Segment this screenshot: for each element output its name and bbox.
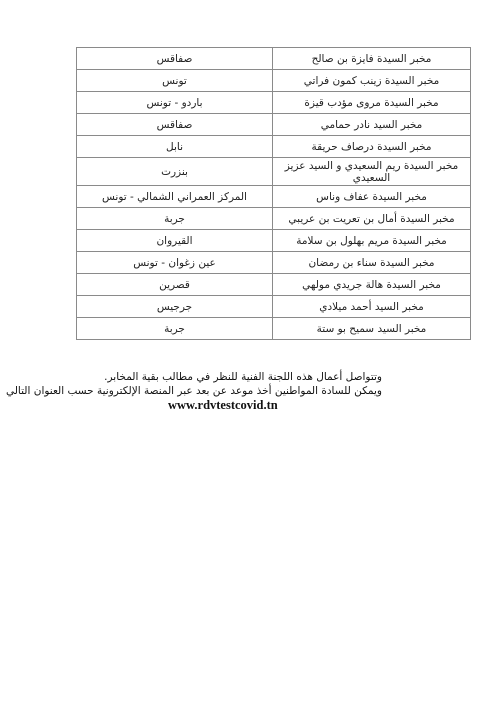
city-cell: صفاقس <box>77 114 273 136</box>
lab-name-cell: مخبر السيدة هالة جريدي مولهي <box>273 274 471 296</box>
lab-name-cell: مخبر السيد سميح بو ستة <box>273 318 471 340</box>
document-page: مخبر السيدة فايزة بن صالح صفاقس مخبر الس… <box>0 0 500 707</box>
lab-name-cell: مخبر السيد نادر حمامي <box>273 114 471 136</box>
table-row: مخبر السيدة أمال بن تعريت بن عريبي جربة <box>77 208 471 230</box>
lab-name-cell: مخبر السيدة مروى مؤدب قيزة <box>273 92 471 114</box>
lab-name-cell: مخبر السيدة درصاف حريقة <box>273 136 471 158</box>
lab-name-cell: مخبر السيدة زينب كمون فراتي <box>273 70 471 92</box>
lab-name-cell: مخبر السيدة ريم السعيدي و السيد عزيز الس… <box>273 158 471 186</box>
paragraph-line-2: ويمكن للسادة المواطنين أخذ موعد عن بعد ع… <box>112 385 382 399</box>
table-row: مخبر السيدة مريم بهلول بن سلامة القيروان <box>77 230 471 252</box>
city-cell: بنزرت <box>77 158 273 186</box>
table-row: مخبر السيدة زينب كمون فراتي تونس <box>77 70 471 92</box>
city-cell: باردو - تونس <box>77 92 273 114</box>
paragraph-line-1: وتتواصل أعمال هذه اللجنة الفنية للنظر في… <box>112 371 382 385</box>
table-row: مخبر السيدة درصاف حريقة نابل <box>77 136 471 158</box>
city-cell: عين زغوان - تونس <box>77 252 273 274</box>
closing-paragraph: وتتواصل أعمال هذه اللجنة الفنية للنظر في… <box>112 371 382 398</box>
laboratories-table: مخبر السيدة فايزة بن صالح صفاقس مخبر الس… <box>76 47 471 340</box>
table-row: مخبر السيدة عفاف وناس المركز العمراني ال… <box>77 186 471 208</box>
table-row: مخبر السيدة مروى مؤدب قيزة باردو - تونس <box>77 92 471 114</box>
table-row: مخبر السيد سميح بو ستة جربة <box>77 318 471 340</box>
table-row: مخبر السيدة هالة جريدي مولهي قصرين <box>77 274 471 296</box>
city-cell: المركز العمراني الشمالي - تونس <box>77 186 273 208</box>
lab-name-cell: مخبر السيدة أمال بن تعريت بن عريبي <box>273 208 471 230</box>
city-cell: القيروان <box>77 230 273 252</box>
table-row: مخبر السيدة ريم السعيدي و السيد عزيز الس… <box>77 158 471 186</box>
booking-url: www.rdvtestcovid.tn <box>168 398 278 413</box>
city-cell: جربة <box>77 208 273 230</box>
city-cell: جربة <box>77 318 273 340</box>
lab-name-cell: مخبر السيدة مريم بهلول بن سلامة <box>273 230 471 252</box>
lab-name-cell: مخبر السيدة عفاف وناس <box>273 186 471 208</box>
table-row: مخبر السيدة فايزة بن صالح صفاقس <box>77 48 471 70</box>
city-cell: نابل <box>77 136 273 158</box>
lab-name-cell: مخبر السيدة سناء بن رمضان <box>273 252 471 274</box>
lab-name-cell: مخبر السيد أحمد ميلادي <box>273 296 471 318</box>
table-row: مخبر السيد نادر حمامي صفاقس <box>77 114 471 136</box>
table-row: مخبر السيدة سناء بن رمضان عين زغوان - تو… <box>77 252 471 274</box>
city-cell: تونس <box>77 70 273 92</box>
table-row: مخبر السيد أحمد ميلادي جرجيس <box>77 296 471 318</box>
city-cell: صفاقس <box>77 48 273 70</box>
city-cell: قصرين <box>77 274 273 296</box>
lab-name-cell: مخبر السيدة فايزة بن صالح <box>273 48 471 70</box>
city-cell: جرجيس <box>77 296 273 318</box>
